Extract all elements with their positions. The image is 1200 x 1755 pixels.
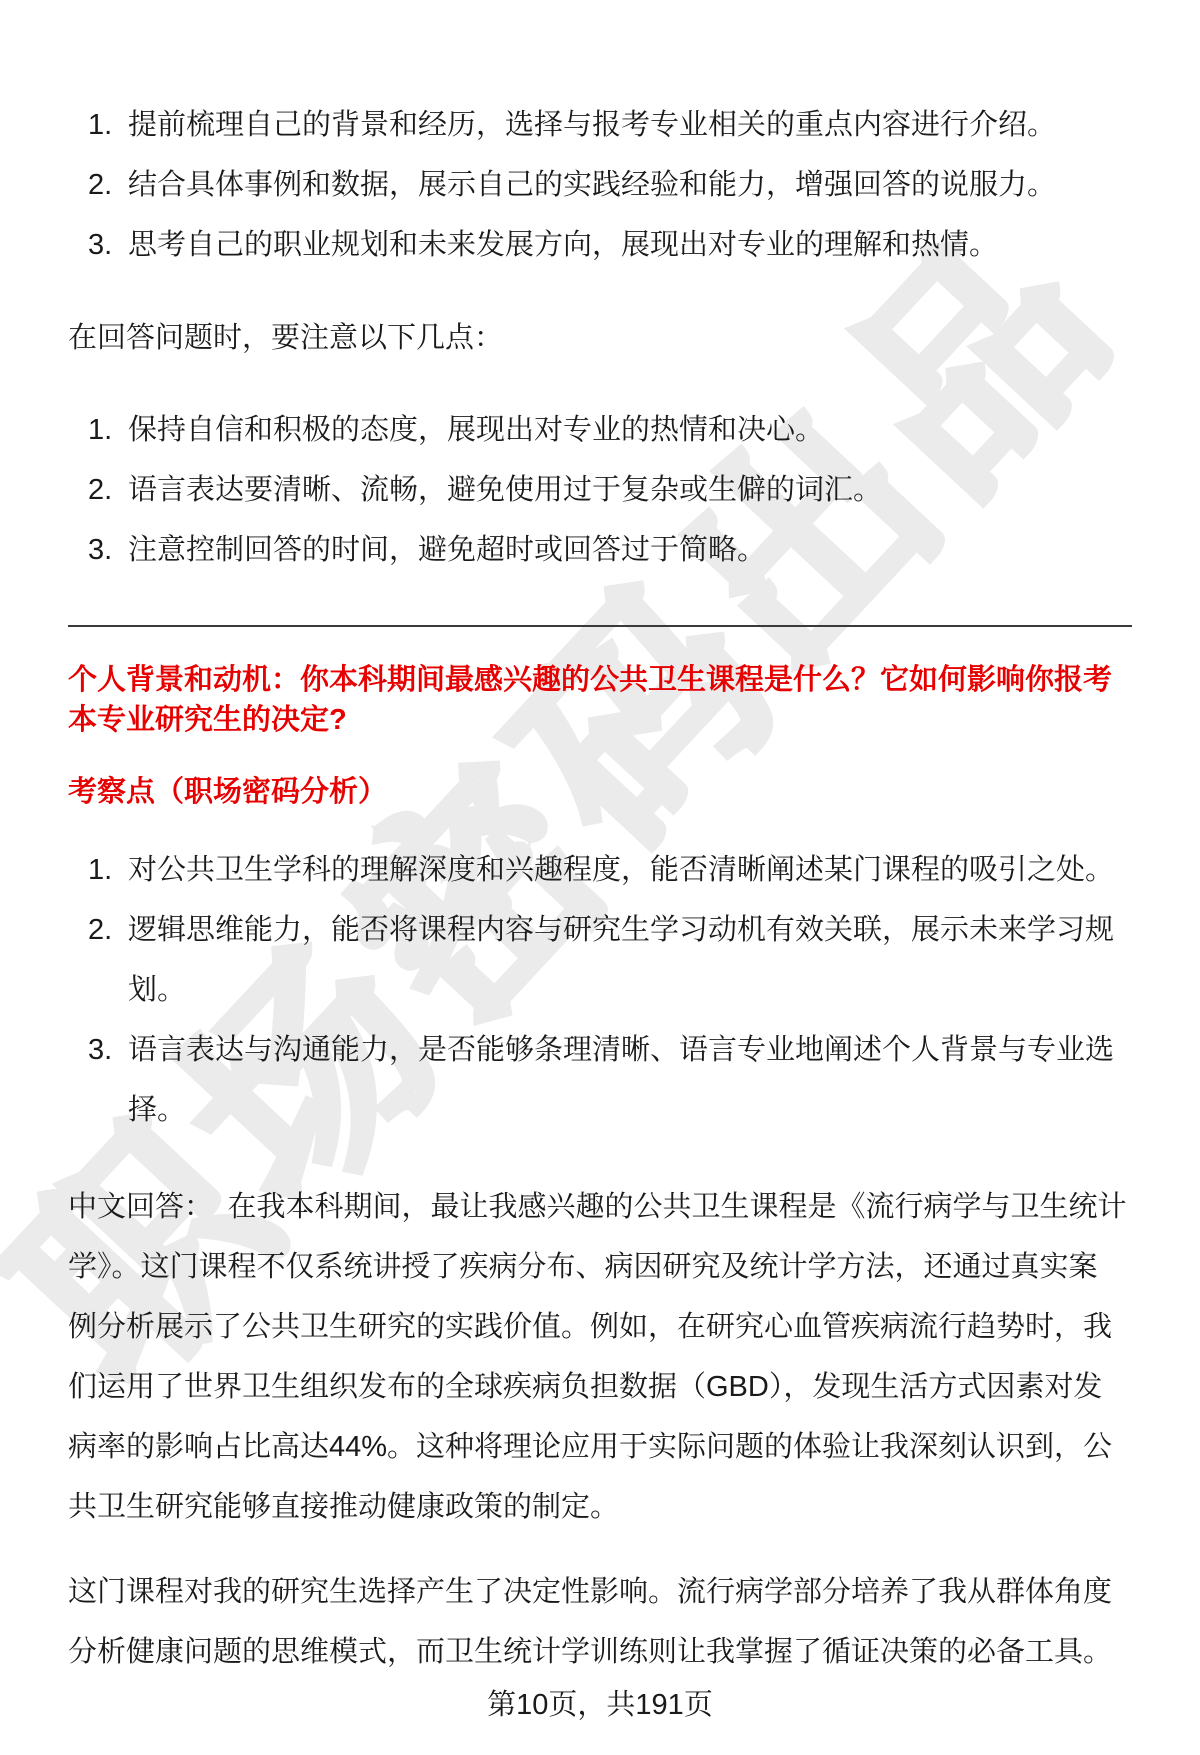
item-text: 注意控制回答的时间，避免超时或回答过于简略。 [128, 520, 1132, 580]
item-text-line: 对公共卫生学科的理解深度和兴趣程度，能否清晰阐述某门课程的吸引之处。 [128, 840, 1132, 900]
answer-line: 学》。这门课程不仅系统讲授了疾病分布、病因研究及统计学方法，还通过真实案 [68, 1237, 1132, 1297]
analysis-points-list: 1. 对公共卫生学科的理解深度和兴趣程度，能否清晰阐述某门课程的吸引之处。 2.… [68, 840, 1132, 1140]
item-text: 语言表达要清晰、流畅，避免使用过于复杂或生僻的词汇。 [128, 460, 1132, 520]
list-item: 3. 语言表达与沟通能力，是否能够条理清晰、语言专业地阐述个人背景与专业选 择。 [68, 1020, 1132, 1140]
answer-line: 这门课程对我的研究生选择产生了决定性影响。流行病学部分培养了我从群体角度 [68, 1562, 1132, 1622]
question-heading-line1: 个人背景和动机：你本科期间最感兴趣的公共卫生课程是什么？它如何影响你报考 [68, 660, 1132, 700]
answer-line: 们运用了世界卫生组织发布的全球疾病负担数据（GBD），发现生活方式因素对发 [68, 1357, 1132, 1417]
item-text-line: 划。 [128, 960, 1132, 1020]
analysis-heading: 考察点（职场密码分析） [68, 772, 1132, 812]
answer-line: 分析健康问题的思维模式，而卫生统计学训练则让我掌握了循证决策的必备工具。 [68, 1622, 1132, 1682]
item-number: 2. [88, 900, 128, 960]
list-item: 2. 结合具体事例和数据，展示自己的实践经验和能力，增强回答的说服力。 [68, 155, 1132, 215]
intro-tips-list: 1. 提前梳理自己的背景和经历，选择与报考专业相关的重点内容进行介绍。 2. 结… [68, 95, 1132, 275]
item-text: 思考自己的职业规划和未来发展方向，展现出对专业的理解和热情。 [128, 215, 1132, 275]
answer-line: 中文回答： 在我本科期间，最让我感兴趣的公共卫生课程是《流行病学与卫生统计 [68, 1177, 1132, 1237]
list-item: 3. 思考自己的职业规划和未来发展方向，展现出对专业的理解和热情。 [68, 215, 1132, 275]
answer-line: 病率的影响占比高达44%。这种将理论应用于实际问题的体验让我深刻认识到，公 [68, 1417, 1132, 1477]
answer-line: 共卫生研究能够直接推动健康政策的制定。 [68, 1477, 1132, 1537]
document-page: 职场密码出品 1. 提前梳理自己的背景和经历，选择与报考专业相关的重点内容进行介… [0, 0, 1200, 1755]
item-number: 1. [88, 840, 128, 900]
item-number: 3. [88, 1020, 128, 1080]
item-number: 3. [88, 520, 128, 580]
list-item: 2. 逻辑思维能力，能否将课程内容与研究生学习动机有效关联，展示未来学习规 划。 [68, 900, 1132, 1020]
list-item: 1. 提前梳理自己的背景和经历，选择与报考专业相关的重点内容进行介绍。 [68, 95, 1132, 155]
page-footer: 第10页，共191页 [68, 1682, 1132, 1728]
item-text: 保持自信和积极的态度，展现出对专业的热情和决心。 [128, 400, 1132, 460]
answer-note-paragraph: 在回答问题时，要注意以下几点： [68, 308, 1132, 368]
item-number: 2. [88, 460, 128, 520]
item-text: 对公共卫生学科的理解深度和兴趣程度，能否清晰阐述某门课程的吸引之处。 [128, 840, 1132, 900]
section-divider [68, 625, 1132, 627]
list-item: 1. 对公共卫生学科的理解深度和兴趣程度，能否清晰阐述某门课程的吸引之处。 [68, 840, 1132, 900]
question-heading-line2: 本专业研究生的决定? [68, 700, 1132, 740]
item-number: 1. [88, 95, 128, 155]
item-text: 语言表达与沟通能力，是否能够条理清晰、语言专业地阐述个人背景与专业选 择。 [128, 1020, 1132, 1140]
item-text-line: 逻辑思维能力，能否将课程内容与研究生学习动机有效关联，展示未来学习规 [128, 900, 1132, 960]
item-number: 3. [88, 215, 128, 275]
document-content: 1. 提前梳理自己的背景和经历，选择与报考专业相关的重点内容进行介绍。 2. 结… [0, 95, 1200, 1728]
list-item: 1. 保持自信和积极的态度，展现出对专业的热情和决心。 [68, 400, 1132, 460]
item-text: 逻辑思维能力，能否将课程内容与研究生学习动机有效关联，展示未来学习规 划。 [128, 900, 1132, 1020]
item-number: 2. [88, 155, 128, 215]
item-number: 1. [88, 400, 128, 460]
item-text-line: 语言表达与沟通能力，是否能够条理清晰、语言专业地阐述个人背景与专业选 [128, 1020, 1132, 1080]
answer-line: 例分析展示了公共卫生研究的实践价值。例如，在研究心血管疾病流行趋势时，我 [68, 1297, 1132, 1357]
chinese-answer-paragraph-2: 这门课程对我的研究生选择产生了决定性影响。流行病学部分培养了我从群体角度 分析健… [68, 1562, 1132, 1682]
answer-tips-list: 1. 保持自信和积极的态度，展现出对专业的热情和决心。 2. 语言表达要清晰、流… [68, 400, 1132, 580]
item-text-line: 择。 [128, 1080, 1132, 1140]
item-text: 结合具体事例和数据，展示自己的实践经验和能力，增强回答的说服力。 [128, 155, 1132, 215]
chinese-answer-paragraph: 中文回答： 在我本科期间，最让我感兴趣的公共卫生课程是《流行病学与卫生统计 学》… [68, 1177, 1132, 1537]
list-item: 3. 注意控制回答的时间，避免超时或回答过于简略。 [68, 520, 1132, 580]
list-item: 2. 语言表达要清晰、流畅，避免使用过于复杂或生僻的词汇。 [68, 460, 1132, 520]
item-text: 提前梳理自己的背景和经历，选择与报考专业相关的重点内容进行介绍。 [128, 95, 1132, 155]
question-heading: 个人背景和动机：你本科期间最感兴趣的公共卫生课程是什么？它如何影响你报考 本专业… [68, 660, 1132, 740]
